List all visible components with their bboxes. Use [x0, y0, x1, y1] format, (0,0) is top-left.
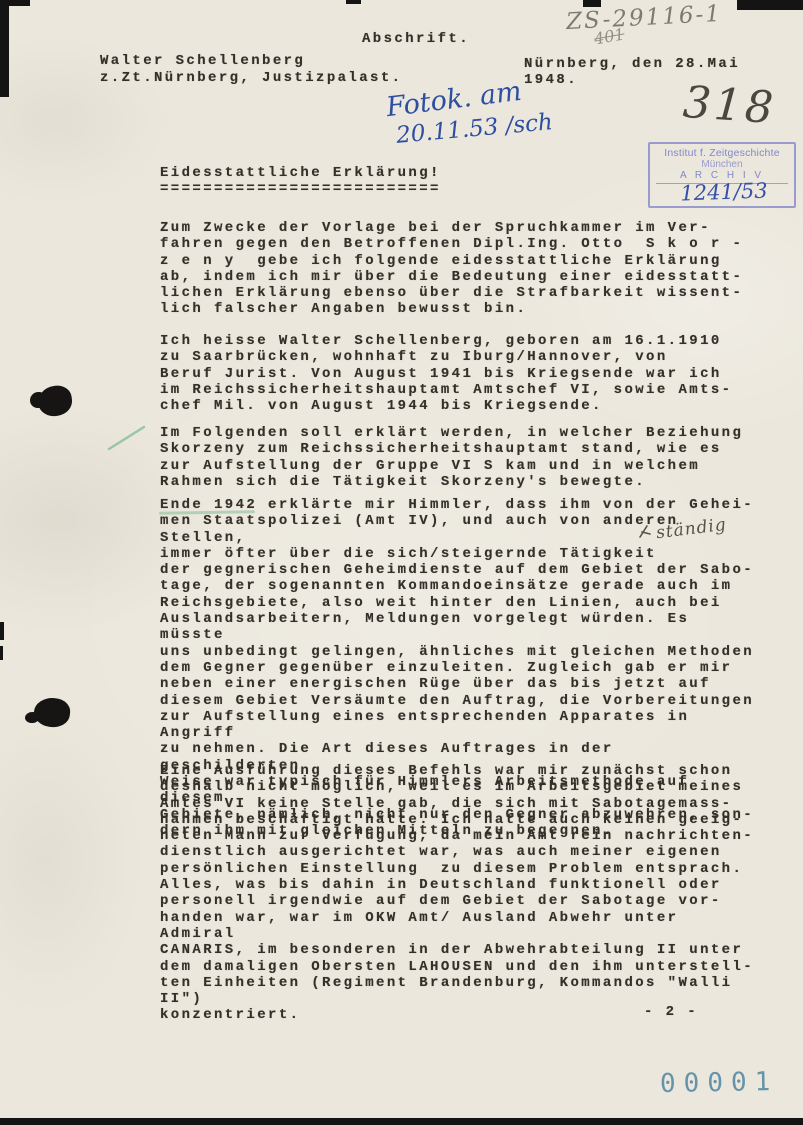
green-check-mark [106, 424, 148, 452]
scan-edge-bottom-strip [0, 1118, 803, 1125]
affidavit-paragraph-1: Zum Zwecke der Vorlage bei der Spruchkam… [160, 220, 755, 318]
affidavit-title-underline: ========================== [160, 181, 441, 197]
page-number-pencil: 318 [681, 77, 777, 134]
affidavit-paragraph-3: Im Folgenden soll erklärt werden, in wel… [160, 425, 755, 490]
ink-blob-lower-tail [25, 712, 39, 723]
scan-edge-top-mark-1 [346, 0, 361, 4]
ink-blob-lower [33, 696, 72, 729]
ink-blob-upper-tail [30, 392, 46, 408]
scan-edge-left-strip [0, 0, 9, 97]
sender-name: Walter Schellenberg [100, 53, 305, 69]
scan-edge-top-mark-2 [583, 0, 601, 7]
crossed-out-note: 401 [593, 24, 626, 48]
scan-edge-left-mark-2 [0, 646, 3, 660]
scan-edge-left-mark [0, 622, 4, 640]
scan-edge-top-left [0, 0, 30, 6]
next-page-indicator: - 2 - [644, 1004, 698, 1020]
scanned-affidavit-page: Abschrift. Walter Schellenberg z.Zt.Nürn… [0, 0, 803, 1125]
sender-address: z.Zt.Nürnberg, Justizpalast. [100, 70, 402, 86]
insertion-caret-mark [638, 524, 654, 540]
affidavit-paragraph-2: Ich heisse Walter Schellenberg, geboren … [160, 333, 755, 414]
archive-stamp-number: 1241/53 [660, 178, 789, 206]
archive-stamp: Institut f. Zeitgeschichte München A R C… [648, 142, 796, 208]
archive-stamp-institute: Institut f. Zeitgeschichte [650, 147, 794, 159]
scan-edge-top-right [737, 0, 803, 10]
affidavit-title: Eidesstattliche Erklärung! [160, 165, 441, 181]
archive-stamp-city: München [650, 159, 794, 170]
copy-label: Abschrift. [362, 31, 470, 47]
affidavit-paragraph-5: Eine Ausführung dieses Befehls war mir z… [160, 763, 755, 1024]
serial-number-stamp: 00001 [660, 1067, 779, 1099]
